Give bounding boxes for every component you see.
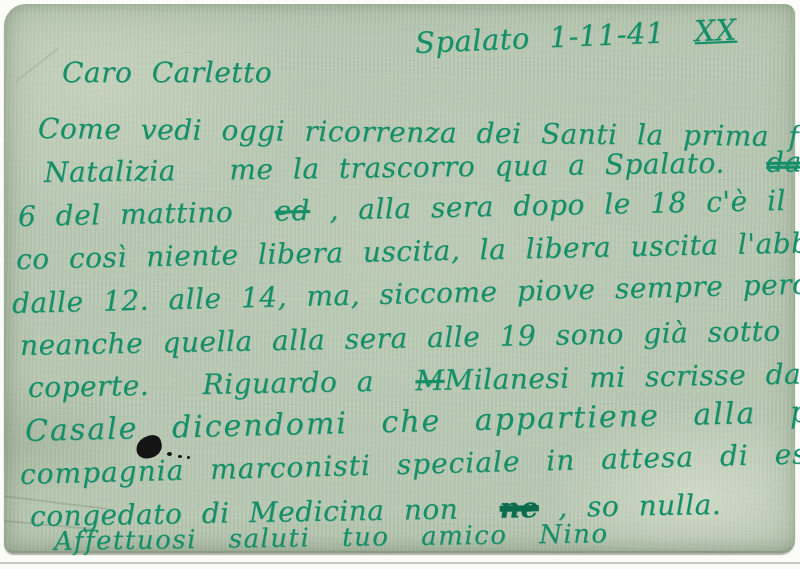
line7-text: Riguardo a [202,365,374,401]
ink-blot-dot [178,455,182,458]
dateline-place-date: Spalato 1-11-41 [414,16,665,60]
line3-text: 6 del mattino [18,195,234,232]
salutation: Caro Carletto [62,56,272,89]
ink-blot-dot [167,452,172,456]
struck-word: M [415,364,445,398]
line10-end: , so nulla. [558,488,722,524]
line7-end: Milanesi mi scrisse da [444,358,800,397]
signature-line: Affettuosi saluti tuo amico Nino [54,519,609,557]
dateline: Spalato 1-11-41 XX [414,13,737,60]
body-line-4: co così niente libera uscita, la libera … [16,225,800,276]
struck-word: dalle [766,145,800,179]
body-line-2: Natalizia me la trascorro qua a Spalato.… [44,144,800,189]
line2-text: me la trascorro qua a Spalato. [229,146,725,186]
body-line-6: neanche quella alla sera alle 19 sono gi… [20,314,800,362]
struck-word: ed [274,194,310,228]
ink-blot-dot [187,456,190,459]
body-line-5: dalle 12. alle 14, ma, siccome piove sem… [12,267,800,320]
body-line-3: 6 del mattino ed , alla sera dopo le 18 … [18,181,800,233]
line2-start: Natalizia [44,154,176,189]
dateline-era: XX [694,13,738,49]
line7-start: coperte. [28,369,150,404]
handwritten-letter: Spalato 1-11-41 XX Caro Carletto Come ve… [0,0,800,569]
scan-background: Spalato 1-11-41 XX Caro Carletto Come ve… [0,0,800,569]
line3-end: , alla sera dopo le 18 c'è il coprifuo [329,181,800,227]
